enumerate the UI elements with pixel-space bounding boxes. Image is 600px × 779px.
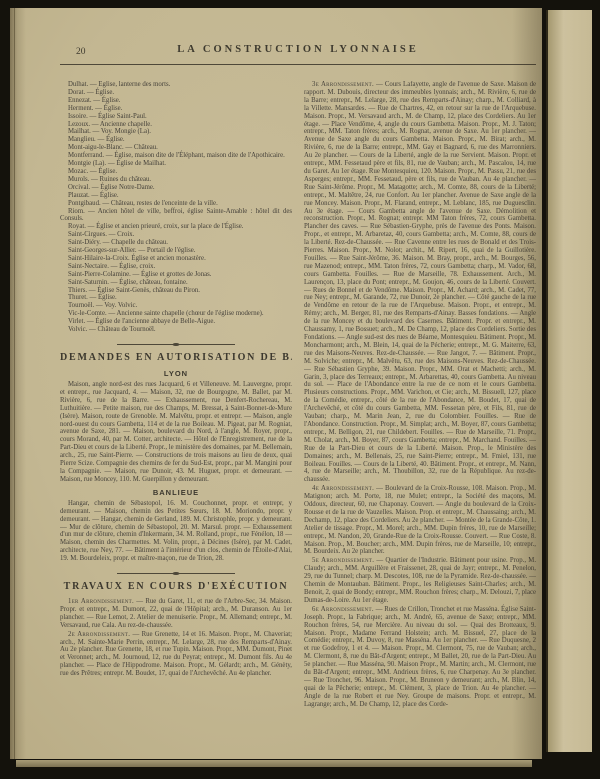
arrondissement-text: — Quartier de l'Industrie. Bâtiment pour… bbox=[304, 557, 536, 604]
arrondissement-entry: 5e Arrondissement. — Quartier de l'Indus… bbox=[304, 557, 536, 604]
monument-entry: Saint-Georges-sur-Allier. — Portail de l… bbox=[60, 247, 292, 255]
arrondissement-text: — Cours Lafayette, angle de l'avenue de … bbox=[304, 81, 536, 483]
travaux-entries-left: 1er Arrondissement. — Rue du Garet, 11, … bbox=[60, 598, 292, 678]
monument-entry: Dorat. — Église. bbox=[60, 89, 292, 97]
monument-entry: Montferrand. — Église, maison dite de l'… bbox=[60, 152, 292, 160]
arrondissement-label: 5e Arrondissement. bbox=[312, 557, 374, 564]
arrondissement-label: 6e Arrondissement. bbox=[312, 606, 374, 613]
scanned-page: 20 LA CONSTRUCTION LYONNAISE Dulhat. — É… bbox=[10, 8, 542, 759]
monument-entry: Saint-Hilaire-la-Croix. Église et ancien… bbox=[60, 255, 292, 263]
journal-header: 20 LA CONSTRUCTION LYONNAISE bbox=[60, 44, 536, 59]
arrondissement-label: 1er Arrondissement. bbox=[68, 598, 134, 605]
monument-entry: Royat. — Église et ancien prieuré, croix… bbox=[60, 223, 292, 231]
arrondissement-text: — Boulevard de la Croix-Rousse, 108. Mai… bbox=[304, 485, 536, 555]
arrondissement-text: — Rue Grenette, 14 et 16. Maison. Propr.… bbox=[60, 631, 292, 678]
arrondissement-label: 4e Arrondissement. bbox=[312, 485, 374, 492]
arrondissement-entry: 3e Arrondissement. — Cours Lafayette, an… bbox=[304, 81, 536, 484]
arrondissement-label: 3e Arrondissement. bbox=[312, 81, 374, 88]
subsection-banlieue: BANLIEUE bbox=[60, 488, 292, 497]
arrondissement-entry: 1er Arrondissement. — Rue du Garet, 11, … bbox=[60, 598, 292, 630]
monument-entry: Virlet. — Église de l'ancienne abbaye de… bbox=[60, 318, 292, 326]
monument-entry: Murols. — Ruines du château. bbox=[60, 176, 292, 184]
travaux-entries-right: 3e Arrondissement. — Cours Lafayette, an… bbox=[304, 81, 536, 709]
text-columns: Dulhat. — Église, lanterne des morts.Dor… bbox=[60, 81, 536, 729]
monument-entry: Plauzat. — Église. bbox=[60, 192, 292, 200]
monument-entry: Mozac. — Église. bbox=[60, 168, 292, 176]
masthead-title: LA CONSTRUCTION LYONNAISE bbox=[60, 44, 536, 55]
page-content: 20 LA CONSTRUCTION LYONNAISE Dulhat. — É… bbox=[60, 44, 536, 744]
monument-entry: Tournoël. — Voy. Volvic. bbox=[60, 302, 292, 310]
monument-entry: Manglieu. — Église. bbox=[60, 136, 292, 144]
right-column: 3e Arrondissement. — Cours Lafayette, an… bbox=[304, 81, 536, 729]
adjacent-page-edge bbox=[546, 10, 592, 752]
monuments-list: Dulhat. — Église, lanterne des morts.Dor… bbox=[60, 81, 292, 334]
monument-entry: Dulhat. — Église, lanterne des morts. bbox=[60, 81, 292, 89]
monument-entry: Saint-Cirgues. — Croix. bbox=[60, 231, 292, 239]
page-number: 20 bbox=[76, 47, 86, 57]
lyon-paragraph: Maison, angle nord-est des rues Jacquard… bbox=[60, 381, 292, 484]
monument-entry: Saint-Nectaire. — Église, croix. bbox=[60, 263, 292, 271]
monument-entry: Mont-aigu-le-Blanc. — Château. bbox=[60, 144, 292, 152]
arrondissement-label: 2e Arrondissement. bbox=[68, 631, 130, 638]
page-edge-line bbox=[14, 8, 15, 759]
section-divider bbox=[117, 344, 235, 345]
section-divider bbox=[117, 573, 235, 574]
left-column: Dulhat. — Église, lanterne des morts.Dor… bbox=[60, 81, 292, 729]
monument-entry: Volvic. — Château de Tournoël. bbox=[60, 326, 292, 334]
section-title-travaux: TRAVAUX EN COURS D'EXÉCUTION bbox=[60, 581, 292, 592]
monument-entry: Riom. — Ancien hôtel de ville, beffroi, … bbox=[60, 208, 292, 224]
subsection-lyon: LYON bbox=[60, 369, 292, 378]
monument-entry: Orcival. — Église Notre-Dame. bbox=[60, 184, 292, 192]
banlieue-paragraph: Hangar, chemin de Sébastopol, 16. M. Cou… bbox=[60, 500, 292, 563]
arrondissement-entry: 4e Arrondissement. — Boulevard de la Cro… bbox=[304, 485, 536, 556]
monument-entry: Vic-le-Comte. — Ancienne sainte chapelle… bbox=[60, 310, 292, 318]
monument-entry: Saint-Pierre-Colamine. — Église et grott… bbox=[60, 271, 292, 279]
monument-entry: Herment. — Église. bbox=[60, 105, 292, 113]
section-title-demandes: DEMANDES EN AUTORISATION DE BATIR bbox=[60, 352, 292, 363]
arrondissement-entry: 6e Arrondissement. — Rues de Crillon, Tr… bbox=[304, 606, 536, 709]
monument-entry: Pontgibaud. — Château, restes de l'encei… bbox=[60, 200, 292, 208]
monument-entry: Saint-Diéry. — Chapelle du château. bbox=[60, 239, 292, 247]
arrondissement-text: — Rues de Crillon, Tronchet et rue Massé… bbox=[304, 606, 536, 708]
monument-entry: Saint-Saturnin. — Église, château, fonta… bbox=[60, 279, 292, 287]
arrondissement-entry: 2e Arrondissement. — Rue Grenette, 14 et… bbox=[60, 631, 292, 678]
header-rule bbox=[60, 64, 536, 65]
monument-entry: Lezoux. — Ancienne chapelle. bbox=[60, 121, 292, 129]
monument-entry: Montgie (La). — Église de Mailhat. bbox=[60, 160, 292, 168]
monument-entry: Issoire. — Église Saint-Paul. bbox=[60, 113, 292, 121]
monument-entry: Thuret. — Église. bbox=[60, 294, 292, 302]
under-sheet-edge bbox=[16, 760, 532, 767]
monument-entry: Ennezat. — Église. bbox=[60, 97, 292, 105]
